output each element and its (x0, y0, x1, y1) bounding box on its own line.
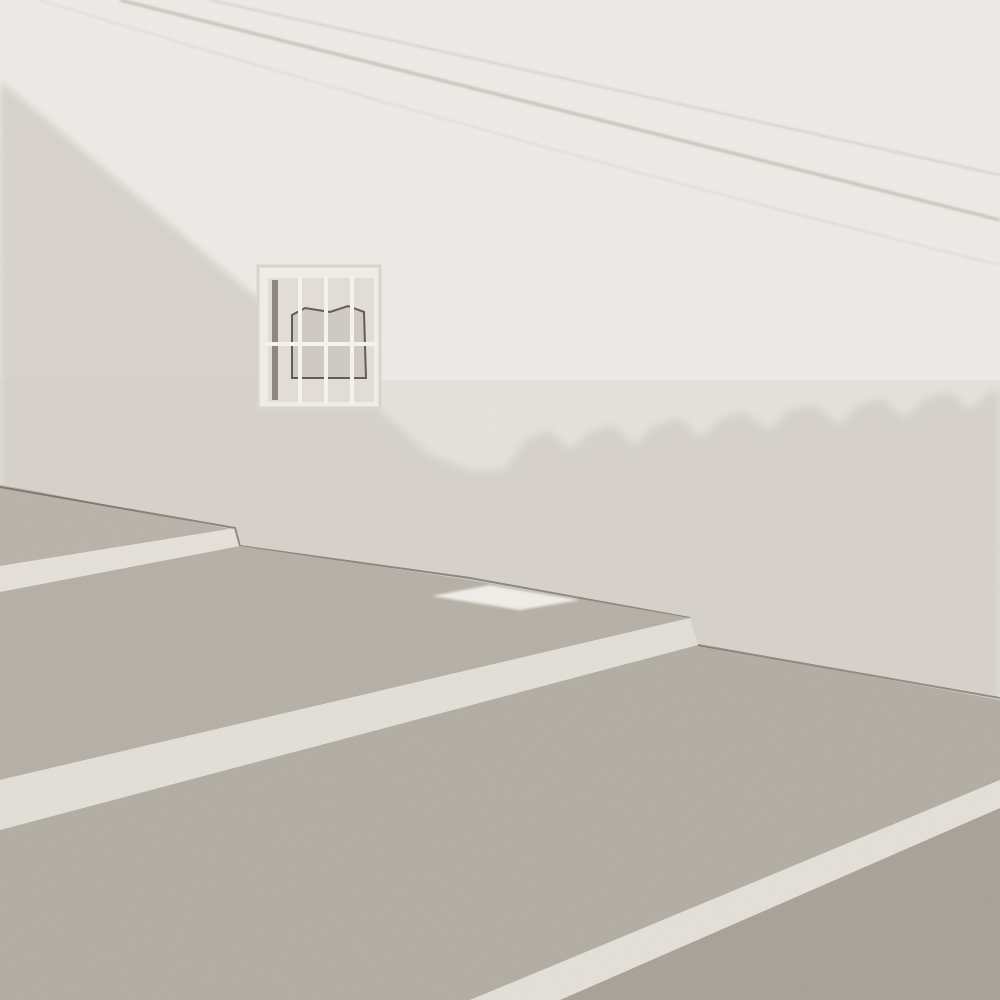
photograph: Black-and-white photograph of a whitewas… (0, 0, 1000, 1000)
photo-scene (0, 0, 1000, 1000)
